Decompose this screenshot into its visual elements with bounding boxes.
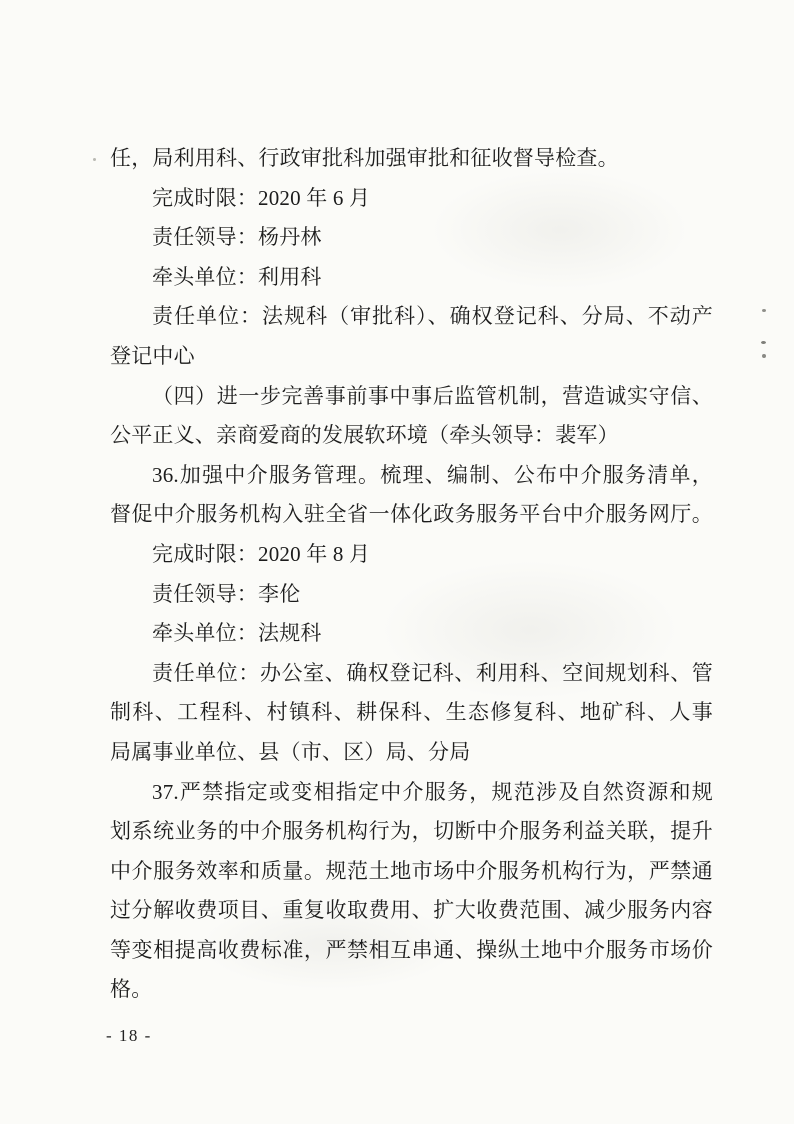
scan-speck [761, 341, 766, 344]
text-line: 完成时限：2020 年 8 月 [110, 535, 713, 575]
text-line: 等变相提高收费标准，严禁相互串通、操纵土地中介服务市场价 [110, 931, 713, 971]
text-line: 制科、工程科、村镇科、耕保科、生态修复科、地矿科、人事科、 [110, 693, 713, 733]
text-line: 公平正义、亲商爱商的发展软环境（牵头领导：裴军） [110, 416, 713, 456]
text-line: 牵头单位：法规科 [110, 614, 713, 654]
text-line: 责任领导：杨丹林 [110, 218, 713, 258]
text-line: 责任单位：办公室、确权登记科、利用科、空间规划科、管 [110, 654, 713, 694]
text-line: 登记中心 [110, 337, 713, 377]
document-body: 任，局利用科、行政审批科加强审批和征收督导检查。完成时限：2020 年 6 月责… [110, 139, 713, 1010]
text-line: 格。 [110, 970, 713, 1010]
text-line: 中介服务效率和质量。规范土地市场中介服务机构行为，严禁通 [110, 852, 713, 892]
scan-speck [762, 309, 766, 312]
scan-speck [93, 158, 96, 161]
text-line: 过分解收费项目、重复收取费用、扩大收费范围、减少服务内容 [110, 891, 713, 931]
text-line: 牵头单位：利用科 [110, 258, 713, 298]
text-line: 完成时限：2020 年 6 月 [110, 179, 713, 219]
scan-speck [762, 354, 766, 358]
text-line: 局属事业单位、县（市、区）局、分局 [110, 733, 713, 773]
text-line: 36.加强中介服务管理。梳理、编制、公布中介服务清单， [110, 456, 713, 496]
text-line: 37.严禁指定或变相指定中介服务，规范涉及自然资源和规 [110, 773, 713, 813]
text-line: 督促中介服务机构入驻全省一体化政务服务平台中介服务网厅。 [110, 495, 713, 535]
text-line: 任，局利用科、行政审批科加强审批和征收督导检查。 [110, 139, 713, 179]
text-line: 责任单位：法规科（审批科）、确权登记科、分局、不动产 [110, 297, 713, 337]
document-page: 任，局利用科、行政审批科加强审批和征收督导检查。完成时限：2020 年 6 月责… [0, 0, 794, 1124]
text-line: 划系统业务的中介服务机构行为，切断中介服务利益关联，提升 [110, 812, 713, 852]
page-number: - 18 - [106, 1026, 152, 1046]
text-line: 责任领导：李伦 [110, 575, 713, 615]
text-line: （四）进一步完善事前事中事后监管机制，营造诚实守信、 [110, 377, 713, 417]
